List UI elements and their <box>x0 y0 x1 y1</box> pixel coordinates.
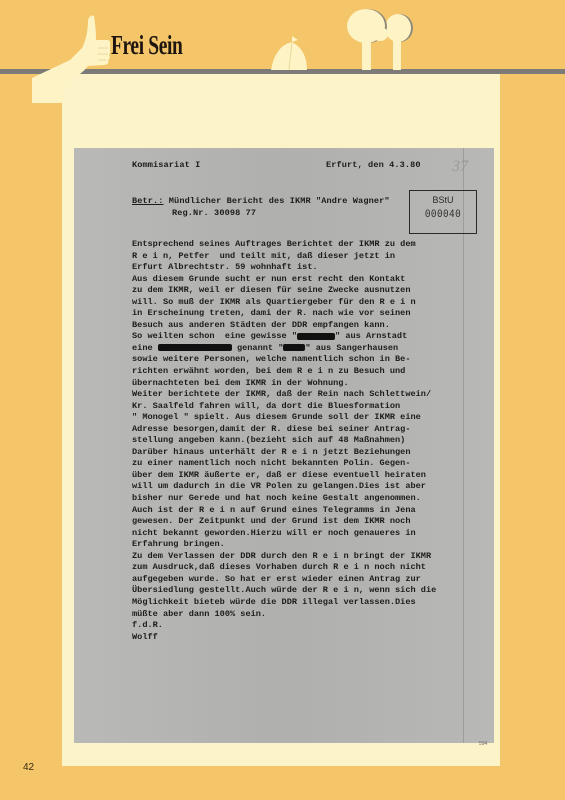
place-date: Erfurt, den 4.3.80 <box>326 160 421 170</box>
document-line: zum Ausdruck,daß dieses Vorhaben durch R… <box>132 562 436 574</box>
document-line: Erfahrung bringen. <box>132 539 436 551</box>
document-line: nicht bekannt geworden.Hierzu will er no… <box>132 528 436 540</box>
redaction-bar <box>158 344 232 351</box>
scanned-document: Kommisariat I Erfurt, den 4.3.80 37 Betr… <box>74 148 494 743</box>
document-line: will. So muß der IKMR als Quartiergeber … <box>132 297 436 309</box>
document-line: Entsprechend seines Auftrages Berichtet … <box>132 239 436 251</box>
redaction-bar <box>283 344 305 351</box>
redaction-bar <box>297 333 335 340</box>
document-line: in Erscheinung treten, dami der R. nach … <box>132 308 436 320</box>
stamp-agency: BStU <box>410 195 476 205</box>
document-line: Erfurt Albrechtstr. 59 wohnhaft ist. <box>132 262 436 274</box>
document-line: aufgegeben wurde. So hat er erst wieder … <box>132 574 436 586</box>
document-line: Darüber hinaus unterhält der R e i n jet… <box>132 447 436 459</box>
subject-text: Mündlicher Bericht des IKMR "Andre Wagne… <box>164 196 390 206</box>
fold-line <box>463 148 464 743</box>
document-line: müßte aber dann 100% sein. <box>132 609 436 621</box>
document-line: will um dadurch in die VR Polen zu gelan… <box>132 481 436 493</box>
document-line: So weilten schon eine gewisse "" aus Arn… <box>132 331 436 343</box>
document-line: Weiter berichtete der IKMR, daß der Rein… <box>132 389 436 401</box>
thumbs-up-hand-icon <box>30 8 110 103</box>
document-line: bisher nur Gerede und hat noch keine Ges… <box>132 493 436 505</box>
archive-number: 594 <box>479 741 487 747</box>
document-line: zu dem IKMR, weil er diesen für seine Zw… <box>132 285 436 297</box>
archive-stamp: BStU 000040 <box>409 190 477 234</box>
document-line: stellung angeben kann.(bezieht sich auf … <box>132 435 436 447</box>
stamp-number: 000040 <box>415 209 471 221</box>
registration-number: Reg.Nr. 30098 77 <box>172 208 256 218</box>
sailboat-icon <box>265 32 310 70</box>
subject-label: Betr.: <box>132 196 164 206</box>
document-line: Möglichkeit bieteb würde die DDR illegal… <box>132 597 436 609</box>
page-number: 42 <box>23 762 34 773</box>
document-line: Besuch aus anderen Städten der DDR empfa… <box>132 320 436 332</box>
document-line: richten erwähnt worden, bei dem R e i n … <box>132 366 436 378</box>
document-line: Aus diesem Grunde sucht er nun erst rech… <box>132 274 436 286</box>
page-title: Frei Sein <box>111 30 182 61</box>
document-line: f.d.R. <box>132 620 436 632</box>
office-label: Kommisariat I <box>132 160 200 170</box>
document-line: Auch ist der R e i n auf Grund eines Tel… <box>132 505 436 517</box>
document-line: Adresse besorgen,damit der R. diese bei … <box>132 424 436 436</box>
document-line: übernachteten bei dem IKMR in der Wohnun… <box>132 378 436 390</box>
document-line: sowie weitere Personen, welche namentlic… <box>132 354 436 366</box>
document-line: Zu dem Verlassen der DDR durch den R e i… <box>132 551 436 563</box>
document-line: über dem IKMR äußerte er, daß er diese e… <box>132 470 436 482</box>
document-line: Wolff <box>132 632 436 644</box>
document-line: " Monogel " spielt. Aus diesem Grunde so… <box>132 412 436 424</box>
document-body: Entsprechend seines Auftrages Berichtet … <box>132 239 436 643</box>
trees-icon <box>340 4 415 70</box>
document-line: Kr. Saalfeld fahren will, da dort die Bl… <box>132 401 436 413</box>
document-line: R e i n, Petfer und teilt mit, daß diese… <box>132 251 436 263</box>
document-line: Übersiedlung gestellt.Auch würde der R e… <box>132 585 436 597</box>
subject-line: Betr.: Mündlicher Bericht des IKMR "Andr… <box>132 196 390 206</box>
document-line: zu einer namentlich noch nicht bekannten… <box>132 458 436 470</box>
handwritten-page-number: 37 <box>452 158 468 176</box>
document-line: eine genannt "" aus Sangerhausen <box>132 343 436 355</box>
document-line: gewesen. Der Zeitpunkt und der Grund ist… <box>132 516 436 528</box>
